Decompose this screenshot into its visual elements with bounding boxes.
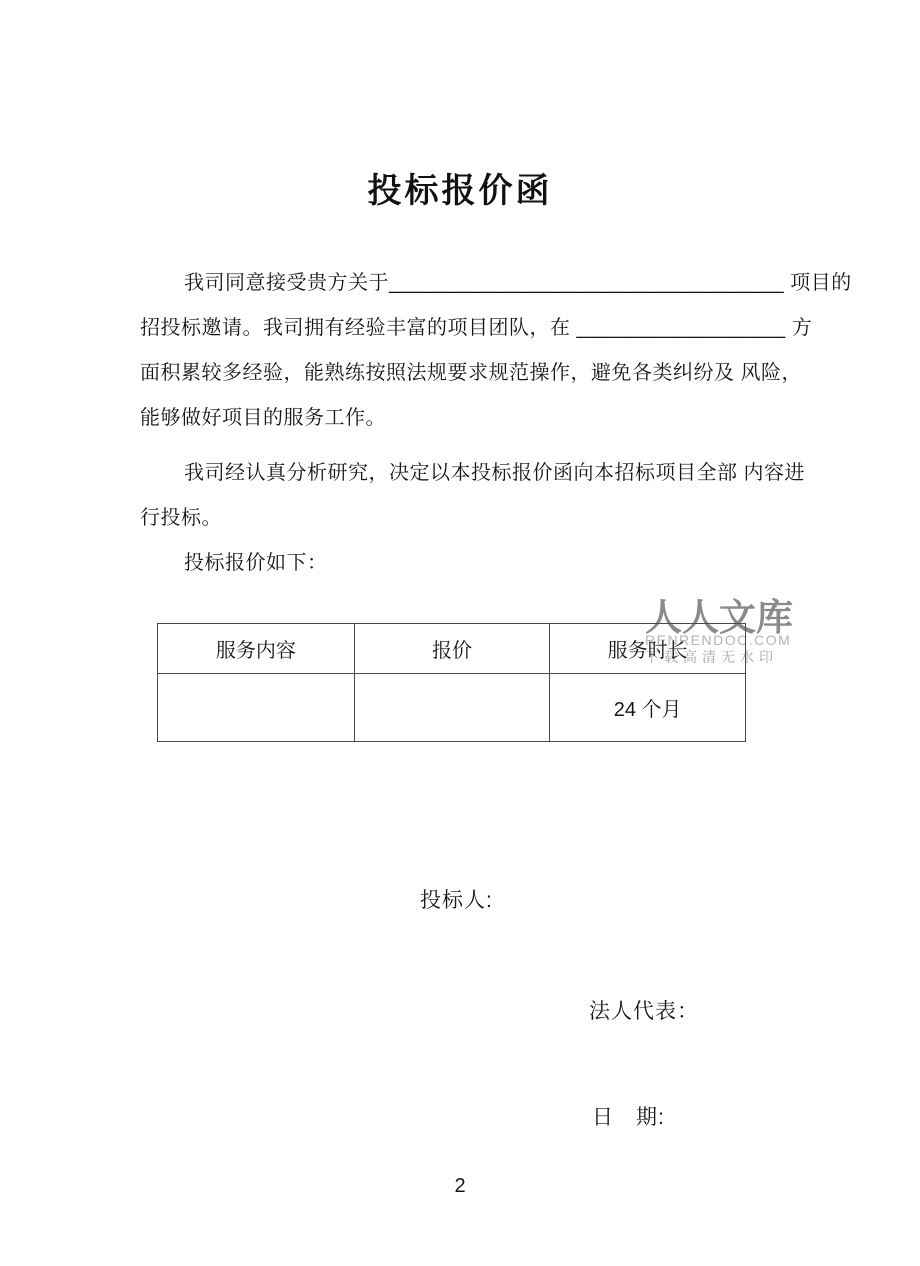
paragraph1-line3: 面积累较多经验，能熟练按照法规要求规范操作，避免各类纠纷及 风险， [140, 361, 800, 385]
document-page: 投标报价函 我司同意接受贵方关于________________________… [0, 0, 920, 1266]
table-header-duration: 服务时长 [550, 624, 746, 674]
quotation-table: 服务内容 报价 服务时长 24 个月 [157, 623, 746, 742]
date-label: 日 期: [592, 1101, 665, 1131]
table-row: 24 个月 [158, 674, 746, 742]
table-cell-duration: 24 个月 [550, 674, 746, 742]
table-header-service-content: 服务内容 [158, 624, 355, 674]
table-header-price: 报价 [354, 624, 550, 674]
paragraph1-line1: 我司同意接受贵方关于______________________________… [140, 271, 800, 295]
table-header-row: 服务内容 报价 服务时长 [158, 624, 746, 674]
paragraph1-line4: 能够做好项目的服务工作。 [140, 406, 800, 430]
page-number: 2 [0, 1175, 920, 1198]
table-cell-price [354, 674, 550, 742]
legal-representative-label: 法人代表： [589, 995, 699, 1025]
document-title: 投标报价函 [0, 163, 920, 212]
table-cell-service-content [158, 674, 355, 742]
paragraph2-line1: 我司经认真分析研究，决定以本投标报价函向本招标项目全部 内容进 [140, 461, 800, 485]
quote-intro-line: 投标报价如下： [140, 551, 800, 575]
paragraph2-line2: 行投标。 [140, 506, 800, 530]
paragraph1-line2: 招投标邀请。我司拥有经验丰富的项目团队，在 __________________… [140, 316, 800, 340]
bidder-label: 投标人: [420, 884, 493, 914]
